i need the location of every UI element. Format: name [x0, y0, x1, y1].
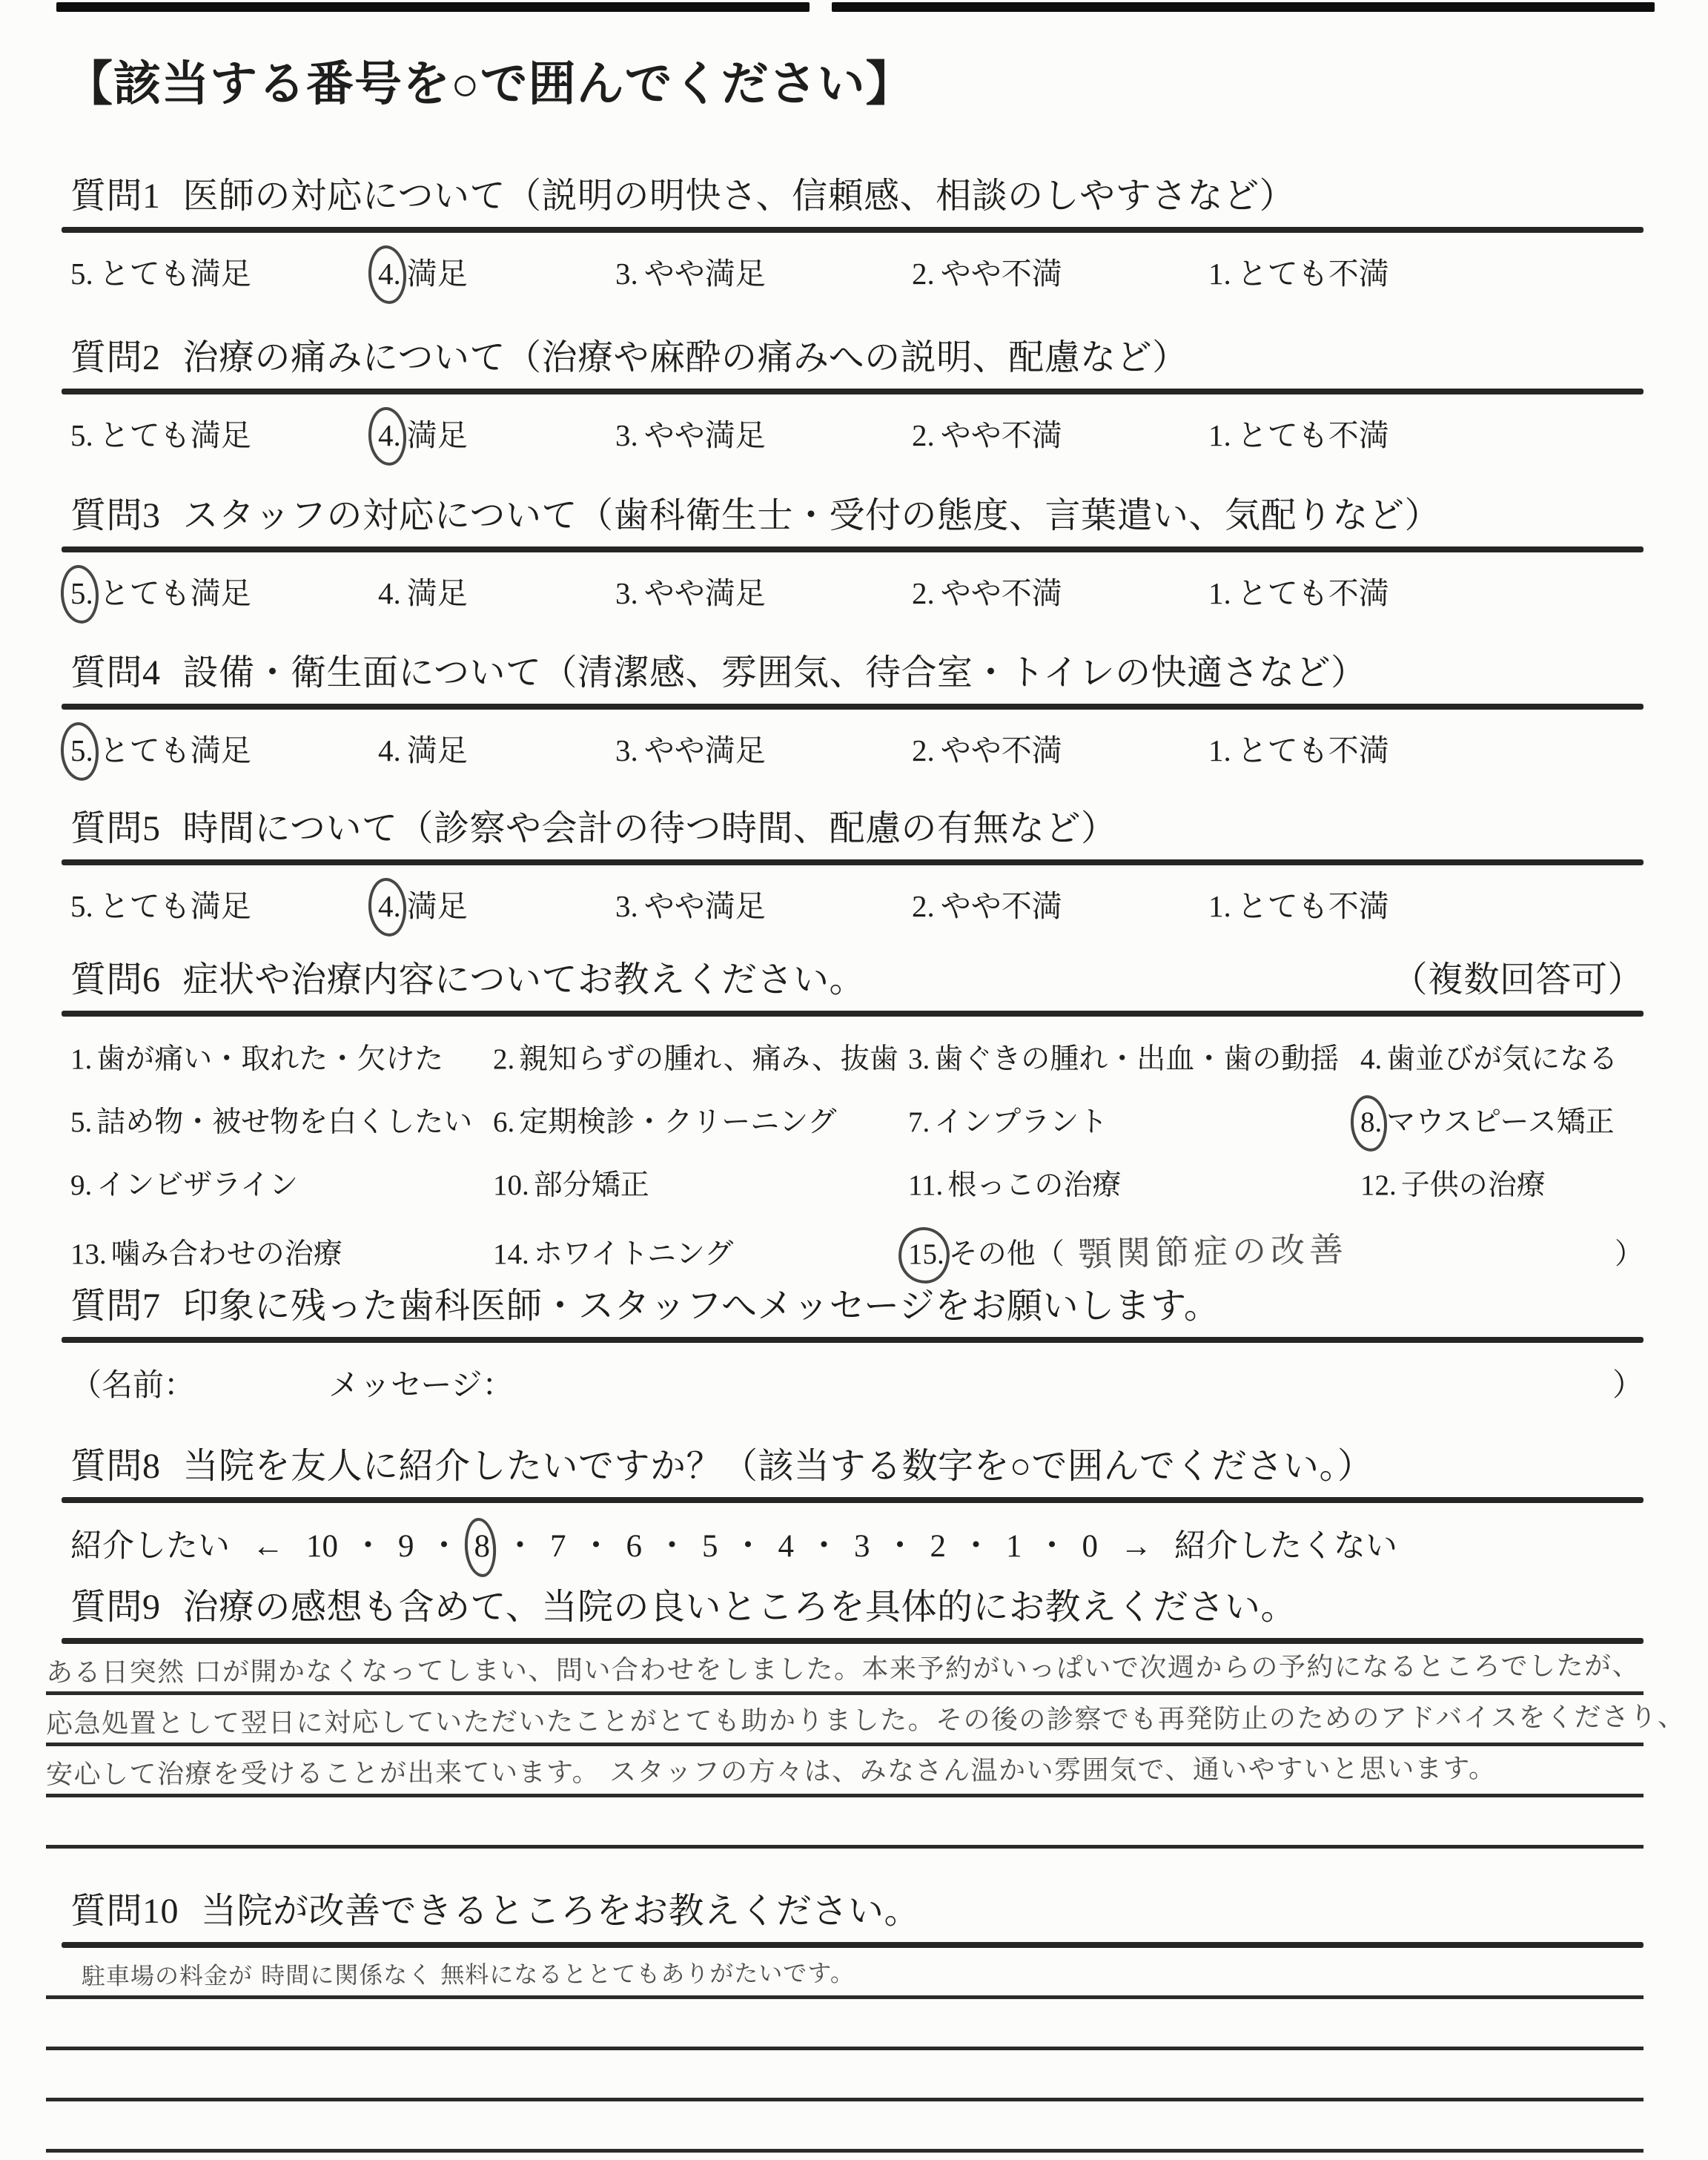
answer-area: ある日突然 口が開かなくなってしまい、問い合わせをしました。本来予約がいっぱいで… [46, 1644, 1644, 1849]
option-label: マウスピース矯正 [1386, 1106, 1614, 1138]
blank-answer-line [46, 1797, 1644, 1849]
closing-paren: ） [1612, 1361, 1644, 1405]
symptom-option-6: 6.定期検診・クリーニング [493, 1099, 908, 1140]
option-label: 満足 [407, 733, 468, 767]
multi-answer-note: （複数回答可） [1391, 951, 1644, 1002]
rating-option-2: 2.やや不満 [912, 249, 1208, 293]
circle-mark [1348, 1094, 1390, 1153]
symptom-row-2: 5.詰め物・被せ物を白くしたい 6.定期検診・クリーニング 7.インプラント 8… [70, 1099, 1644, 1140]
question-6: 質問6症状や治療内容についてお教えください。 （複数回答可） 1.歯が痛い・取れ… [70, 951, 1644, 1295]
handwritten-answer: 応急処置として翌日に対応していただいたことがとても助かりました。その後の診察でも… [46, 1696, 1686, 1741]
answer-line: 安心して治療を受けることが出来ています。 スタッフの方々は、みなさん温かい雰囲気… [46, 1746, 1644, 1797]
option-number: 3. [908, 1043, 930, 1076]
message-field-label: メッセージ： [328, 1361, 513, 1405]
question-8-heading: 質問8当院を友人に紹介したいですか？（該当する数字を○で囲んでください。） [70, 1437, 1644, 1488]
option-number: 14. [493, 1238, 529, 1271]
question-number: 質問2 [70, 338, 161, 377]
scale-number-6: 6 [626, 1528, 643, 1565]
heading-rule [62, 859, 1644, 865]
symptom-option-11: 11.根っこの治療 [908, 1162, 1360, 1203]
option-label: 歯並びが気になる [1386, 1043, 1618, 1075]
rating-option-4: 4.満足 [378, 569, 615, 612]
option-label: とても不満 [1237, 257, 1389, 291]
option-label: やや満足 [644, 418, 766, 452]
option-label: とても満足 [99, 576, 251, 610]
rating-options: 5.とても満足 4.満足 3.やや満足 2.やや不満 1.とても不満 [70, 249, 1644, 293]
question-9-heading: 質問9治療の感想も含めて、当院の良いところを具体的にお教えください。 [70, 1578, 1644, 1629]
symptom-option-3: 3.歯ぐきの腫れ・出血・歯の動揺 [908, 1036, 1360, 1077]
symptom-option-7: 7.インプラント [908, 1099, 1360, 1140]
rating-option-1: 1.とても不満 [1208, 569, 1644, 612]
dental-survey-scan: 【該当する番号を○で囲んでください】 質問1医師の対応について（説明の明快さ、信… [0, 0, 1708, 2160]
option-number: 3. [615, 417, 638, 453]
blank-answer-line [46, 2050, 1644, 2101]
option-label: とても不満 [1237, 733, 1389, 767]
option-number: 6. [493, 1106, 514, 1139]
rating-option-4: 4.満足 [378, 411, 615, 455]
option-number: 10. [493, 1169, 529, 1202]
blank-answer-line [46, 2101, 1644, 2153]
symptom-option-14: 14.ホワイトニング [493, 1231, 908, 1272]
option-label: とても不満 [1237, 889, 1389, 923]
scale-left-label: 紹介したい [70, 1521, 230, 1566]
question-1-heading: 質問1医師の対応について（説明の明快さ、信頼感、相談のしやすさなど） [70, 167, 1644, 218]
question-title: 印象に残った歯科医師・スタッフへメッセージをお願いします。 [183, 1287, 1220, 1326]
option-label: 根っこの治療 [947, 1169, 1121, 1201]
rating-option-5: 5.とても満足 [70, 569, 378, 612]
symptom-option-9: 9.インビザライン [70, 1162, 493, 1203]
option-number: 11. [908, 1169, 943, 1202]
question-title: 治療の感想も含めて、当院の良いところを具体的にお教えください。 [183, 1588, 1297, 1627]
option-number: 4. [1360, 1043, 1382, 1076]
heading-rule [62, 389, 1644, 394]
option-number: 4. [378, 256, 401, 291]
option-number: 4. [378, 733, 401, 768]
symptom-option-8: 8.マウスピース矯正 [1360, 1099, 1644, 1140]
answer-line: ある日突然 口が開かなくなってしまい、問い合わせをしました。本来予約がいっぱいで… [46, 1644, 1644, 1695]
heading-rule [62, 546, 1644, 552]
question-9: 質問9治療の感想も含めて、当院の良いところを具体的にお教えください。 ある日突然… [70, 1578, 1644, 1849]
dot-separator: ・ [490, 1521, 550, 1566]
name-field-label: （名前： [70, 1361, 195, 1405]
option-number: 5. [70, 733, 93, 768]
question-3: 質問3スタッフの対応について（歯科衛生士・受付の態度、言葉遣い、気配りなど） 5… [70, 486, 1644, 612]
handwritten-answer: 駐車場の料金が 時間に関係なく 無料になるととてもありがたいです。 [82, 1955, 855, 1992]
dot-separator: ・ [718, 1521, 778, 1566]
option-label: やや不満 [941, 733, 1062, 767]
option-label: とても満足 [99, 733, 251, 767]
rating-option-2: 2.やや不満 [912, 569, 1208, 612]
rating-option-2: 2.やや不満 [912, 882, 1208, 925]
option-number: 5. [70, 575, 93, 611]
option-label: 定期検診・クリーニング [519, 1106, 836, 1138]
question-number: 質問6 [70, 960, 161, 1000]
option-label: 満足 [407, 257, 468, 291]
heading-rule [62, 1638, 1644, 1644]
circle-mark [59, 564, 101, 625]
option-number: 2. [912, 417, 935, 453]
scan-artifact-bar [832, 2, 1655, 12]
question-number: 質問7 [70, 1287, 161, 1326]
option-number: 9. [70, 1169, 92, 1202]
option-number: 15. [908, 1238, 944, 1271]
question-number: 質問9 [70, 1588, 161, 1627]
heading-rule [62, 1011, 1644, 1017]
question-7: 質問7印象に残った歯科医師・スタッフへメッセージをお願いします。 （名前： メッ… [70, 1277, 1644, 1405]
heading-rule [62, 227, 1644, 233]
answer-area: 駐車場の料金が 時間に関係なく 無料になるととてもありがたいです。 [46, 1948, 1644, 2153]
rating-option-4: 4.満足 [378, 882, 615, 925]
option-number: 3. [615, 888, 638, 924]
option-label: 歯が痛い・取れた・欠けた [96, 1043, 443, 1075]
rating-option-3: 3.やや満足 [615, 569, 912, 612]
question-1: 質問1医師の対応について（説明の明快さ、信頼感、相談のしやすさなど） 5.とても… [70, 167, 1644, 293]
scale-number-0: 0 [1082, 1528, 1099, 1565]
rating-option-4: 4.満足 [378, 726, 615, 770]
question-8: 質問8当院を友人に紹介したいですか？（該当する数字を○で囲んでください。） 紹介… [70, 1437, 1644, 1566]
rating-option-3: 3.やや満足 [615, 882, 912, 925]
symptom-row-1: 1.歯が痛い・取れた・欠けた 2.親知らずの腫れ、痛み、抜歯 3.歯ぐきの腫れ・… [70, 1036, 1644, 1077]
question-title: 時間について（診察や会計の待つ時間、配慮の有無など） [183, 809, 1117, 848]
question-2: 質問2治療の痛みについて（治療や麻酔の痛みへの説明、配慮など） 5.とても満足 … [70, 328, 1644, 455]
option-label: 子供の治療 [1401, 1169, 1546, 1201]
heading-rule [62, 1337, 1644, 1343]
rating-option-1: 1.とても不満 [1208, 411, 1644, 455]
heading-rule [62, 1942, 1644, 1948]
option-number: 1. [70, 1043, 92, 1076]
heading-rule [62, 704, 1644, 710]
question-number: 質問1 [70, 176, 161, 216]
question-number: 質問8 [70, 1447, 161, 1486]
question-7-heading: 質問7印象に残った歯科医師・スタッフへメッセージをお願いします。 [70, 1277, 1644, 1328]
option-label: 満足 [407, 889, 468, 923]
question-10-heading: 質問10当院が改善できるところをお教えください。 [70, 1882, 1644, 1933]
option-label: 親知らずの腫れ、痛み、抜歯 [519, 1043, 898, 1075]
dot-separator: ・ [946, 1521, 1006, 1566]
closing-paren: ） [1615, 1231, 1644, 1272]
option-number: 5. [70, 888, 93, 924]
option-label: インビザライン [96, 1169, 298, 1201]
option-label: やや満足 [644, 576, 766, 610]
handwritten-answer: ある日突然 口が開かなくなってしまい、問い合わせをしました。本来予約がいっぱいで… [46, 1645, 1640, 1689]
scale-number-8: 8 [474, 1528, 491, 1565]
option-label: 歯ぐきの腫れ・出血・歯の動揺 [934, 1043, 1339, 1075]
scale-number-10: 10 [306, 1528, 338, 1565]
option-number: 5. [70, 256, 93, 291]
question-title: 治療の痛みについて（治療や麻酔の痛みへの説明、配慮など） [183, 338, 1188, 377]
rating-option-5: 5.とても満足 [70, 882, 378, 925]
rating-option-3: 3.やや満足 [615, 249, 912, 293]
right-arrow: → [1120, 1528, 1152, 1565]
option-label: 詰め物・被せ物を白くしたい [96, 1106, 472, 1138]
symptom-option-2: 2.親知らずの腫れ、痛み、抜歯 [493, 1036, 908, 1077]
symptom-option-13: 13.噛み合わせの治療 [70, 1231, 493, 1272]
rating-option-3: 3.やや満足 [615, 726, 912, 770]
heading-rule [62, 1497, 1644, 1503]
dot-separator: ・ [794, 1521, 854, 1566]
question-5: 質問5時間について（診察や会計の待つ時間、配慮の有無など） 5.とても満足 4.… [70, 799, 1644, 925]
symptom-option-15-other: 15.その他（顎関節症の改善） [908, 1225, 1644, 1274]
rating-options: 5.とても満足 4.満足 3.やや満足 2.やや不満 1.とても不満 [70, 882, 1644, 925]
question-number: 質問5 [70, 809, 161, 848]
scale-number-7: 7 [550, 1528, 566, 1565]
option-number: 5. [70, 1106, 92, 1139]
left-arrow: ← [252, 1528, 284, 1565]
symptom-option-1: 1.歯が痛い・取れた・欠けた [70, 1036, 493, 1077]
option-label: 噛み合わせの治療 [111, 1238, 342, 1270]
option-label: やや満足 [644, 889, 766, 923]
scale-number-4: 4 [778, 1528, 795, 1565]
option-number: 4. [378, 417, 401, 453]
option-number: 2. [912, 575, 935, 611]
option-number: 5. [70, 417, 93, 453]
question-title: 当院が改善できるところをお教えください。 [201, 1892, 920, 1931]
option-label: とても満足 [99, 257, 251, 291]
nps-scale: 紹介したい ← 10・ 9・ 8・ 7・ 6・ 5・ 4・ 3・ 2・ 1・ 0… [70, 1521, 1644, 1566]
question-number: 質問4 [70, 653, 161, 693]
option-number: 3. [615, 733, 638, 768]
rating-option-1: 1.とても不満 [1208, 882, 1644, 925]
rating-option-4: 4.満足 [378, 249, 615, 293]
rating-options: 5.とても満足 4.満足 3.やや満足 2.やや不満 1.とても不満 [70, 569, 1644, 612]
blank-answer-line [46, 1999, 1644, 2050]
rating-option-5: 5.とても満足 [70, 411, 378, 455]
option-number: 4. [378, 888, 401, 924]
question-4: 質問4設備・衛生面について（清潔感、雰囲気、待合室・トイレの快適さなど） 5.と… [70, 644, 1644, 770]
answer-line: 応急処置として翌日に対応していただいたことがとても助かりました。その後の診察でも… [46, 1695, 1644, 1746]
rating-option-1: 1.とても不満 [1208, 726, 1644, 770]
rating-option-2: 2.やや不満 [912, 411, 1208, 455]
option-label: ホワイトニング [534, 1238, 734, 1270]
rating-option-5: 5.とても満足 [70, 726, 378, 770]
option-label: やや不満 [941, 576, 1062, 610]
option-label: とても不満 [1237, 576, 1389, 610]
rating-options: 5.とても満足 4.満足 3.やや満足 2.やや不満 1.とても不満 [70, 726, 1644, 770]
question-title: 医師の対応について（説明の明快さ、信頼感、相談のしやすさなど） [183, 176, 1296, 216]
option-number: 3. [615, 575, 638, 611]
dot-separator: ・ [1022, 1521, 1082, 1566]
symptom-option-10: 10.部分矯正 [493, 1162, 908, 1203]
scale-number-1: 1 [1006, 1528, 1022, 1565]
option-number: 12. [1360, 1169, 1397, 1202]
dot-separator: ・ [870, 1521, 930, 1566]
question-5-heading: 質問5時間について（診察や会計の待つ時間、配慮の有無など） [70, 799, 1644, 851]
question-3-heading: 質問3スタッフの対応について（歯科衛生士・受付の態度、言葉遣い、気配りなど） [70, 486, 1644, 538]
option-label: 部分矯正 [534, 1169, 649, 1201]
dot-separator: ・ [338, 1521, 398, 1566]
option-number: 13. [70, 1238, 107, 1271]
option-label: とても不満 [1237, 418, 1389, 452]
rating-options: 5.とても満足 4.満足 3.やや満足 2.やや不満 1.とても不満 [70, 411, 1644, 455]
option-label: 満足 [407, 418, 468, 452]
option-label: 満足 [407, 576, 468, 610]
question-6-heading: 質問6症状や治療内容についてお教えください。 （複数回答可） [70, 951, 1644, 1002]
option-label: やや満足 [644, 257, 766, 291]
option-number: 2. [912, 888, 935, 924]
question-4-heading: 質問4設備・衛生面について（清潔感、雰囲気、待合室・トイレの快適さなど） [70, 644, 1644, 695]
option-label: その他（ [949, 1231, 1065, 1272]
question-10: 質問10当院が改善できるところをお教えください。 駐車場の料金が 時間に関係なく… [70, 1882, 1644, 2153]
dot-separator: ・ [642, 1521, 702, 1566]
question-title: 設備・衛生面について（清潔感、雰囲気、待合室・トイレの快適さなど） [183, 653, 1367, 693]
page-title: 【該当する番号を○で囲んでください】 [65, 46, 914, 114]
symptom-option-12: 12.子供の治療 [1360, 1162, 1644, 1203]
question-2-heading: 質問2治療の痛みについて（治療や麻酔の痛みへの説明、配慮など） [70, 328, 1644, 380]
question-title: 症状や治療内容についてお教えください。 [183, 960, 866, 1000]
option-number: 7. [908, 1106, 930, 1139]
option-number: 1. [1208, 256, 1231, 291]
scale-right-label: 紹介したくない [1174, 1521, 1397, 1566]
rating-option-2: 2.やや不満 [912, 726, 1208, 770]
scale-number-5: 5 [702, 1528, 718, 1565]
handwritten-answer: 安心して治療を受けることが出来ています。 スタッフの方々は、みなさん温かい雰囲気… [46, 1748, 1497, 1792]
circle-mark [59, 721, 101, 782]
option-number: 1. [1208, 575, 1231, 611]
dot-separator: ・ [566, 1521, 626, 1566]
option-label: やや満足 [644, 733, 766, 767]
rating-option-3: 3.やや満足 [615, 411, 912, 455]
symptom-option-5: 5.詰め物・被せ物を白くしたい [70, 1099, 493, 1140]
symptom-row-3: 9.インビザライン 10.部分矯正 11.根っこの治療 12.子供の治療 [70, 1162, 1644, 1203]
question-number: 質問3 [70, 496, 161, 535]
answer-line: 駐車場の料金が 時間に関係なく 無料になるととてもありがたいです。 [46, 1948, 1644, 1999]
option-label: インプラント [934, 1106, 1108, 1138]
option-number: 1. [1208, 733, 1231, 768]
question-title: 当院を友人に紹介したいですか？（該当する数字を○で囲んでください。） [183, 1447, 1374, 1486]
rating-option-5: 5.とても満足 [70, 249, 378, 293]
name-message-row: （名前： メッセージ： ） [70, 1361, 1644, 1405]
option-label: やや不満 [941, 257, 1062, 291]
option-number: 4. [378, 575, 401, 611]
option-number: 1. [1208, 888, 1231, 924]
option-label: やや不満 [941, 418, 1062, 452]
rating-option-1: 1.とても不満 [1208, 249, 1644, 293]
question-title: スタッフの対応について（歯科衛生士・受付の態度、言葉遣い、気配りなど） [183, 496, 1441, 535]
option-number: 2. [493, 1043, 514, 1076]
option-number: 2. [912, 733, 935, 768]
symptom-option-4: 4.歯並びが気になる [1360, 1036, 1644, 1077]
option-label: とても満足 [99, 418, 251, 452]
scale-number-9: 9 [398, 1528, 414, 1565]
option-number: 1. [1208, 417, 1231, 453]
option-number: 8. [1360, 1106, 1382, 1139]
question-number: 質問10 [70, 1892, 179, 1931]
scale-number-2: 2 [930, 1528, 947, 1565]
scan-artifact-bar [56, 2, 810, 12]
option-label: やや不満 [941, 889, 1062, 923]
option-number: 2. [912, 256, 935, 291]
other-handwritten-value: 顎関節症の改善 [1077, 1223, 1348, 1276]
option-label: とても満足 [99, 889, 251, 923]
option-number: 3. [615, 256, 638, 291]
symptom-options: 1.歯が痛い・取れた・欠けた 2.親知らずの腫れ、痛み、抜歯 3.歯ぐきの腫れ・… [70, 1036, 1644, 1274]
scale-number-3: 3 [854, 1528, 870, 1565]
symptom-row-4: 13.噛み合わせの治療 14.ホワイトニング 15.その他（顎関節症の改善） [70, 1225, 1644, 1274]
